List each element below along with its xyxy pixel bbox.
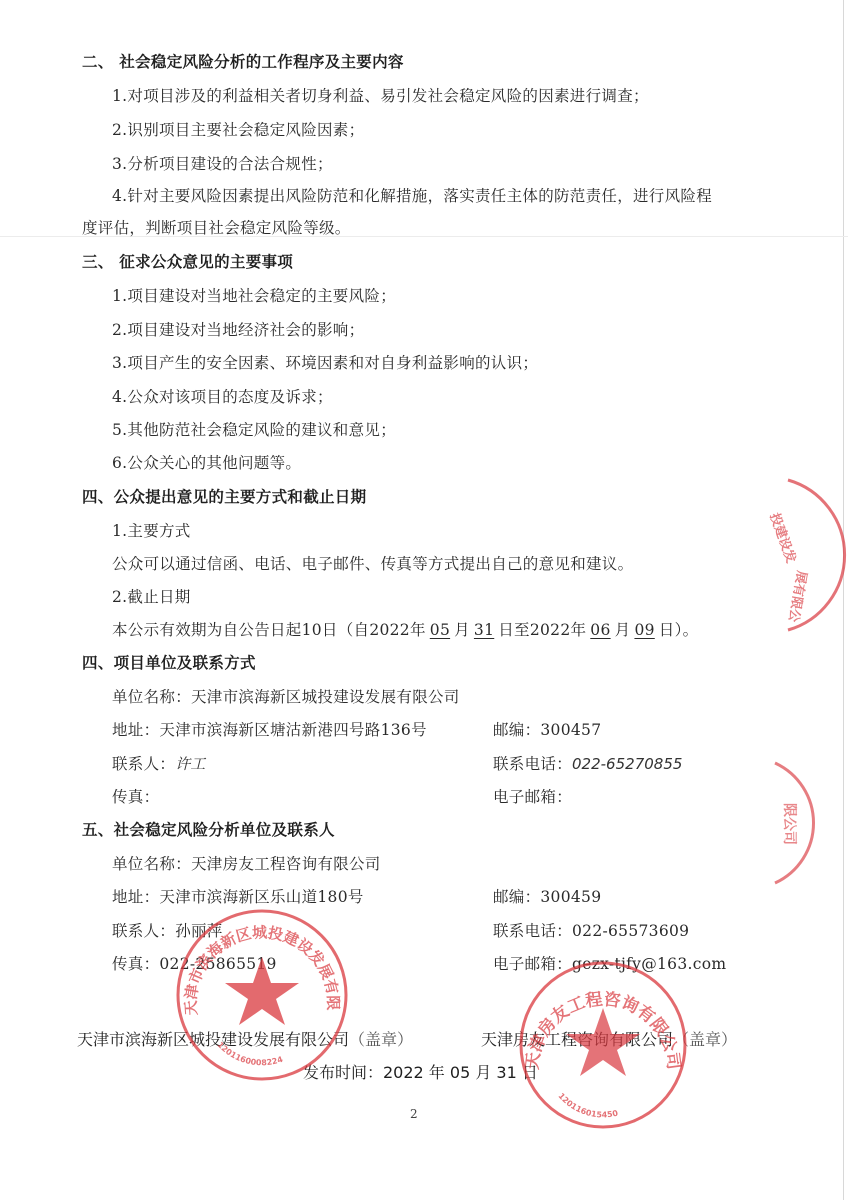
project-unit-postcode: 邮编：300457: [493, 720, 601, 740]
section-2-item-1: 1.对项目涉及的利益相关者切身利益、易引发社会稳定风险的因素进行调查；: [112, 86, 649, 106]
method-text: 公众可以通过信函、电话、电子邮件、传真等方式提出自己的意见和建议。: [112, 554, 633, 574]
section-4b-heading: 四、项目单位及联系方式: [82, 653, 256, 673]
right-seal-code: 120116015450: [556, 1091, 619, 1119]
analysis-unit-postcode: 邮编：300459: [493, 887, 601, 907]
deadline-mid: 日至2022年: [498, 621, 586, 639]
deadline-end-day: 09: [630, 621, 658, 639]
section-2-heading: 二、 社会稳定风险分析的工作程序及主要内容: [82, 52, 404, 72]
star-icon: [566, 1008, 640, 1076]
project-unit-contact: 联系人：许工: [112, 754, 205, 774]
edge-seal-top: 投建设发 展有限公: [748, 475, 848, 635]
svg-text:120116015450: 120116015450: [556, 1091, 619, 1119]
project-unit-fax: 传真：: [112, 787, 159, 807]
svg-text:1201160008224: 1201160008224: [215, 1040, 284, 1067]
contact-label: 联系人：: [112, 755, 175, 773]
star-icon: [225, 957, 299, 1025]
month-char: 月: [615, 621, 631, 639]
right-company-seal: 天津房友工程咨询有限公司 120116015450: [516, 958, 690, 1132]
section-2-item-3: 3.分析项目建设的合法合规性；: [112, 154, 333, 174]
phone-handwritten: 022-65270855: [572, 755, 682, 773]
project-unit-phone: 联系电话：022-65270855: [493, 754, 682, 774]
project-unit-address: 地址：天津市滨海新区塘沽新港四号路136号: [112, 720, 427, 740]
analysis-unit-phone: 联系电话：022-65573609: [493, 921, 689, 941]
deadline-start-day: 31: [470, 621, 498, 639]
section-3-item-5: 5.其他防范社会稳定风险的建议和意见；: [112, 420, 396, 440]
project-unit-email: 电子邮箱：: [493, 787, 572, 807]
contact-handwritten: 许工: [175, 755, 205, 773]
section-3-item-6: 6.公众关心的其他问题等。: [112, 453, 301, 473]
section-2-item-4-cont: 度评估，判断项目社会稳定风险等级。: [82, 218, 351, 238]
document-page: 二、 社会稳定风险分析的工作程序及主要内容 1.对项目涉及的利益相关者切身利益、…: [0, 0, 848, 1200]
deadline-text: 本公示有效期为自公告日起10日（自2022年05月31日至2022年06月09日…: [112, 620, 698, 640]
left-company-seal: 天津市滨海新区城投建设发展有限公司 1201160008224: [172, 905, 352, 1085]
deadline-end-month: 06: [586, 621, 614, 639]
section-2-item-2: 2.识别项目主要社会稳定风险因素；: [112, 120, 364, 140]
section-3-heading: 三、 征求公众意见的主要事项: [82, 252, 293, 272]
phone-label: 联系电话：: [493, 755, 572, 773]
analysis-unit-name: 单位名称：天津房友工程咨询有限公司: [112, 854, 381, 874]
deadline-start-month: 05: [426, 621, 454, 639]
section-3-item-4: 4.公众对该项目的态度及诉求；: [112, 387, 333, 407]
page-number: 2: [410, 1107, 418, 1121]
method-title: 1.主要方式: [112, 521, 191, 541]
section-3-item-3: 3.项目产生的安全因素、环境因素和对自身利益影响的认识；: [112, 353, 538, 373]
section-3-item-1: 1.项目建设对当地社会稳定的主要风险；: [112, 286, 396, 306]
edge-seal-bottom: 限公司: [755, 758, 848, 888]
deadline-suffix: 日）。: [659, 621, 699, 639]
section-3-item-2: 2.项目建设对当地经济社会的影响；: [112, 320, 364, 340]
deadline-prefix: 本公示有效期为自公告日起10日（自2022年: [112, 621, 426, 639]
deadline-title: 2.截止日期: [112, 587, 191, 607]
svg-text:投建设发: 投建设发: [766, 511, 799, 565]
section-5-heading: 五、社会稳定风险分析单位及联系人: [82, 820, 335, 840]
section-2-item-4: 4.针对主要风险因素提出风险防范和化解措施，落实责任主体的防范责任，进行风险程: [112, 186, 712, 206]
month-char: 月: [454, 621, 470, 639]
svg-text:限公司: 限公司: [781, 803, 798, 845]
analysis-unit-address: 地址：天津市滨海新区乐山道180号: [112, 887, 364, 907]
section-4a-heading: 四、公众提出意见的主要方式和截止日期: [82, 487, 366, 507]
left-seal-code: 1201160008224: [215, 1040, 284, 1067]
project-unit-name: 单位名称：天津市滨海新区城投建设发展有限公司: [112, 687, 460, 707]
svg-text:展有限公: 展有限公: [785, 569, 810, 624]
seal-note: （盖章）: [349, 1030, 413, 1049]
